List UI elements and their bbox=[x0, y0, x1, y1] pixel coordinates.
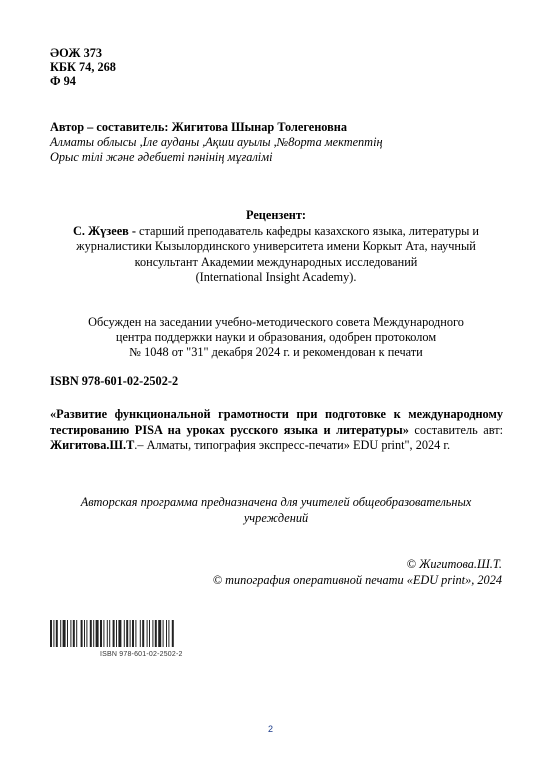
approval-line-2: центра поддержки науки и образования, од… bbox=[50, 330, 502, 345]
bbk-code: КБК 74, 268 bbox=[50, 60, 116, 74]
copyright-printer: © типография оперативной печати «EDU pri… bbox=[150, 572, 502, 588]
barcode-icon bbox=[50, 620, 212, 647]
reviewer-description: старший преподаватель кафедры казахского… bbox=[76, 224, 479, 269]
purpose-block: Авторская программа предназначена для уч… bbox=[50, 494, 502, 526]
isbn-number: ISBN 978-601-02-2502-2 bbox=[50, 374, 178, 388]
approval-block: Обсужден на заседании учебно-методическо… bbox=[50, 315, 502, 360]
compiler-prefix: составитель авт: bbox=[409, 423, 503, 437]
copyright-author: © Жигитова.Ш.Т. bbox=[150, 556, 502, 572]
approval-line-3: № 1048 от "31" декабря 2024 г. и рекомен… bbox=[50, 345, 502, 360]
author-block: Автор – составитель: Жигитова Шынар Толе… bbox=[50, 120, 510, 165]
reviewer-name: С. Жүзеев - bbox=[73, 224, 136, 238]
udc-code: ӘОЖ 373 bbox=[50, 46, 116, 60]
page-number: 2 bbox=[268, 722, 273, 736]
approval-line-1: Обсужден на заседании учебно-методическо… bbox=[50, 315, 502, 330]
reviewer-text: С. Жүзеев - старший преподаватель кафедр… bbox=[50, 224, 502, 271]
purpose-line-1: Авторская программа предназначена для уч… bbox=[50, 494, 502, 510]
reviewer-heading: Рецензент: bbox=[50, 208, 502, 224]
author-affiliation: Алматы облысы ,Іле ауданы ,Ақши ауылы ,№… bbox=[50, 135, 510, 150]
barcode-caption: ISBN 978-601-02-2502-2 bbox=[100, 648, 183, 662]
purpose-line-2: учреждений bbox=[50, 510, 502, 526]
author-label: Автор – составитель: Жигитова Шынар Толе… bbox=[50, 120, 510, 135]
classification-codes: ӘОЖ 373 КБК 74, 268 Ф 94 bbox=[50, 46, 116, 88]
copyright-block: © Жигитова.Ш.Т. © типография оперативной… bbox=[150, 556, 502, 588]
reviewer-block: Рецензент: С. Жүзеев - старший преподава… bbox=[50, 208, 502, 286]
author-position: Орыс тілі және әдебиеті пәнінің мұғалімі bbox=[50, 150, 510, 165]
publication-details: .– Алматы, типография экспресс-печати» E… bbox=[134, 438, 450, 452]
reviewer-org: (International Insight Academy). bbox=[50, 270, 502, 286]
bibliographic-description: «Развитие функциональной грамотности при… bbox=[50, 407, 503, 454]
author-mark: Ф 94 bbox=[50, 74, 116, 88]
compiler-name: Жигитова.Ш.Т bbox=[50, 438, 134, 452]
